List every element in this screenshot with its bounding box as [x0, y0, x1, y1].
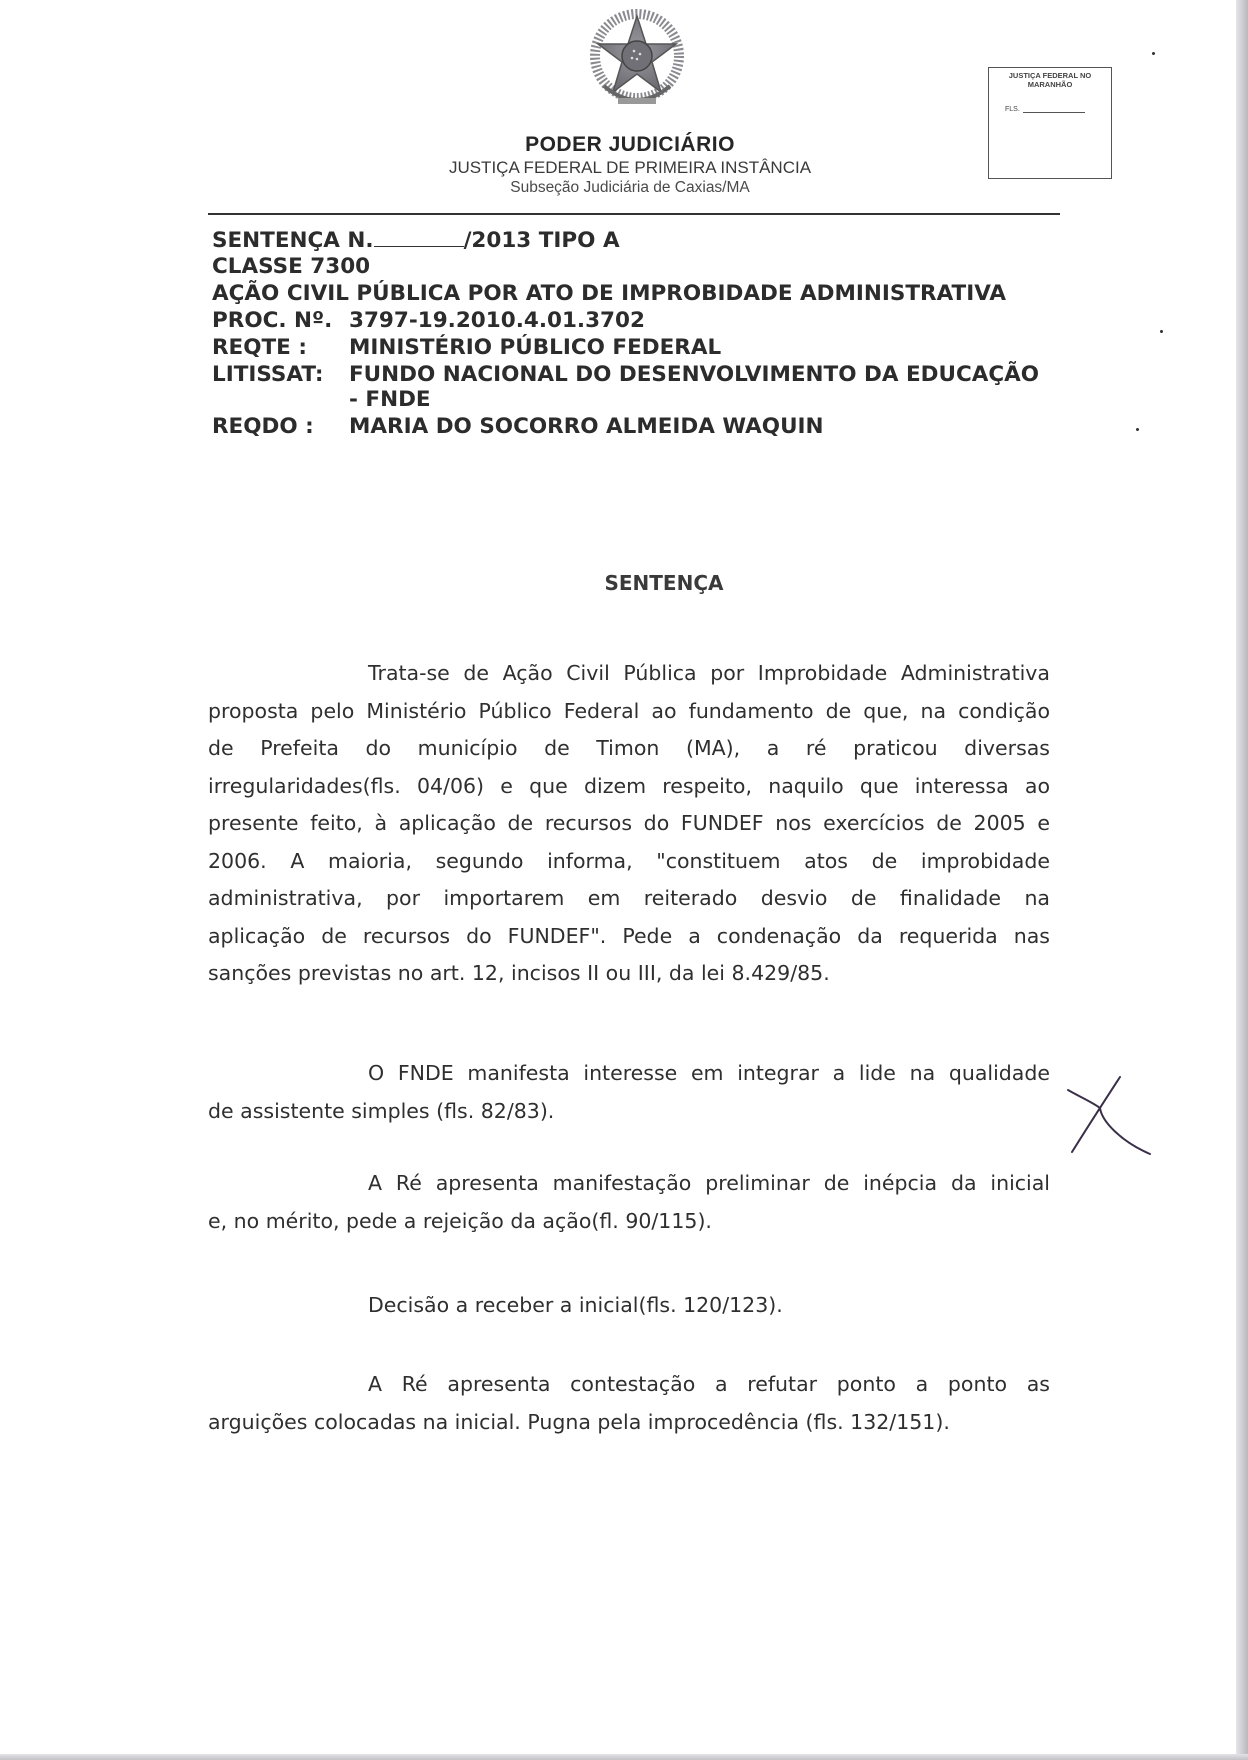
scan-page-edge-right — [1236, 0, 1248, 1760]
paragraph-line: aplicação de recursos do FUNDEF". Pede a… — [208, 918, 1050, 956]
field-value: FUNDO NACIONAL DO DESENVOLVIMENTO DA EDU… — [349, 362, 1039, 387]
field-value-cont: - FNDE — [349, 387, 431, 412]
paragraph-line: 2006. A maioria, segundo informa, "const… — [208, 843, 1050, 881]
case-field-litissat: LITISSAT: FUNDO NACIONAL DO DESENVOLVIME… — [212, 362, 1092, 387]
paragraph-line: arguições colocadas na inicial. Pugna pe… — [208, 1404, 1050, 1442]
paragraph-3: A Ré apresenta manifestação preliminar d… — [208, 1165, 1050, 1240]
handwritten-x-mark-icon — [1062, 1072, 1172, 1172]
paragraph-line: A Ré apresenta manifestação preliminar d… — [208, 1165, 1050, 1203]
brazil-coat-of-arms-icon — [590, 6, 684, 114]
paragraph-line: Decisão a receber a inicial(fls. 120/123… — [208, 1287, 1050, 1325]
case-field-proc: PROC. Nº. 3797-19.2010.4.01.3702 — [212, 308, 1092, 333]
field-value: MINISTÉRIO PÚBLICO FEDERAL — [349, 335, 721, 360]
letterhead: PODER JUDICIÁRIO JUSTIÇA FEDERAL DE PRIM… — [380, 132, 880, 198]
scan-speck — [1160, 330, 1163, 333]
case-field-reqte: REQTE : MINISTÉRIO PÚBLICO FEDERAL — [212, 335, 1092, 360]
paragraph-line: irregularidades(fls. 04/06) e que dizem … — [208, 768, 1050, 806]
paragraph-4: Decisão a receber a inicial(fls. 120/123… — [208, 1287, 1050, 1325]
case-field-reqdo: REQDO : MARIA DO SOCORRO ALMEIDA WAQUIN — [212, 414, 1092, 439]
paragraph-line: sanções previstas no art. 12, incisos II… — [208, 955, 1050, 993]
paragraph-1: Trata-se de Ação Civil Pública por Impro… — [208, 655, 1050, 993]
page-number-stamp: JUSTIÇA FEDERAL NO MARANHÃO FLS. — [988, 67, 1112, 179]
paragraph-line: presente feito, à aplicação de recursos … — [208, 805, 1050, 843]
paragraph-2: O FNDE manifesta interesse em integrar a… — [208, 1055, 1050, 1130]
header-title: PODER JUDICIÁRIO — [380, 132, 880, 158]
paragraph-line: A Ré apresenta contestação a refutar pon… — [208, 1366, 1050, 1404]
stamp-fls-blank — [1023, 112, 1085, 113]
paragraph-line: administrativa, por importarem em reiter… — [208, 880, 1050, 918]
header-court: JUSTIÇA FEDERAL DE PRIMEIRA INSTÂNCIA — [380, 158, 880, 178]
case-action-type: AÇÃO CIVIL PÚBLICA POR ATO DE IMPROBIDAD… — [212, 281, 1006, 306]
header-divider — [208, 213, 1060, 215]
stamp-title-line1: JUSTIÇA FEDERAL NO — [989, 71, 1111, 80]
field-label: REQTE : — [212, 335, 307, 360]
paragraph-line: Trata-se de Ação Civil Pública por Impro… — [208, 655, 1050, 693]
paragraph-line: e, no mérito, pede a rejeição da ação(fl… — [208, 1203, 1050, 1241]
header-subsection: Subseção Judiciária de Caxias/MA — [380, 178, 880, 198]
scan-page-edge-bottom — [0, 1754, 1248, 1760]
stamp-title-line2: MARANHÃO — [989, 80, 1111, 89]
paragraph-5: A Ré apresenta contestação a refutar pon… — [208, 1366, 1050, 1441]
scan-speck — [1136, 428, 1139, 431]
field-value: 3797-19.2010.4.01.3702 — [349, 308, 645, 333]
stamp-fls-label: FLS. — [1005, 106, 1020, 113]
sentenca-prefix: SENTENÇA N. — [212, 228, 374, 253]
field-label: PROC. Nº. — [212, 308, 332, 333]
section-title: SENTENÇA — [0, 571, 1248, 595]
field-label: REQDO : — [212, 414, 314, 439]
paragraph-line: O FNDE manifesta interesse em integrar a… — [208, 1055, 1050, 1093]
field-label: LITISSAT: — [212, 362, 323, 387]
sentenca-number-blank — [374, 228, 464, 247]
sentenca-suffix: /2013 TIPO A — [464, 228, 620, 253]
field-value: MARIA DO SOCORRO ALMEIDA WAQUIN — [349, 414, 824, 439]
paragraph-line: de Prefeita do município de Timon (MA), … — [208, 730, 1050, 768]
paragraph-line: proposta pelo Ministério Público Federal… — [208, 693, 1050, 731]
sentenca-number: SENTENÇA N./2013 TIPO A — [212, 228, 620, 253]
paragraph-line: de assistente simples (fls. 82/83). — [208, 1093, 1050, 1131]
case-class: CLASSE 7300 — [212, 254, 370, 279]
scan-speck — [1152, 52, 1155, 55]
